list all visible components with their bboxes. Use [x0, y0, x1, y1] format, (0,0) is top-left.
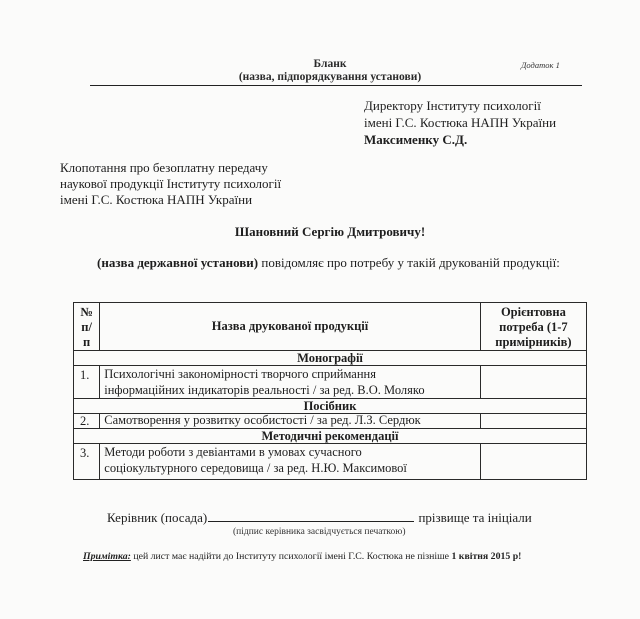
appendix-label: Додаток 1: [521, 60, 560, 70]
row-title-line-1: Психологічні закономірності творчого спр…: [104, 366, 476, 382]
row-title-line-2: соціокультурного середовища / за ред. Н.…: [104, 460, 476, 476]
row-number: 2.: [74, 414, 100, 429]
row-title: Методи роботи з девіантами в умовах суча…: [100, 444, 481, 480]
subject-line-1: Клопотання про безоплатну передачу: [60, 160, 281, 176]
row-title-line-1: Самотворення у розвитку особистості / за…: [104, 414, 476, 427]
table-row: 3. Методи роботи з девіантами в умовах с…: [74, 444, 587, 480]
note-label: Примітка:: [83, 551, 131, 562]
subject-block: Клопотання про безоплатну передачу науко…: [60, 160, 281, 208]
signature-line[interactable]: [208, 509, 414, 522]
section-row-manual: Посібник: [74, 399, 587, 414]
row-quantity-cell[interactable]: [480, 444, 586, 480]
section-title: Методичні рекомендації: [74, 429, 587, 444]
signature-prefix: Керівник (посада): [107, 510, 207, 525]
row-number: 3.: [74, 444, 100, 480]
row-title: Самотворення у розвитку особистості / за…: [100, 414, 481, 429]
addressee-block: Директору Інституту психології імені Г.С…: [364, 97, 556, 148]
signature-block: Керівник (посада) прізвище та ініціали: [107, 509, 532, 526]
row-title-line-2: інформаційних індикаторів реальності / з…: [104, 382, 476, 398]
header-number: № п/п: [74, 303, 100, 351]
section-title: Монографії: [74, 351, 587, 366]
table-header-row: № п/п Назва друкованої продукції Орієнто…: [74, 303, 587, 351]
greeting: Шановний Сергію Дмитровичу!: [0, 224, 640, 240]
note-deadline: 1 квітня 2015 р!: [451, 551, 521, 562]
body-text: повідомляє про потребу у такій друковані…: [258, 255, 560, 270]
letterhead-subtitle: (назва, підпорядкування установи): [0, 71, 640, 83]
note-text: цей лист має надійти до Інституту психол…: [131, 551, 452, 562]
section-row-guidelines: Методичні рекомендації: [74, 429, 587, 444]
header-name: Назва друкованої продукції: [100, 303, 481, 351]
row-title: Психологічні закономірності творчого спр…: [100, 366, 481, 399]
row-quantity-cell[interactable]: [480, 366, 586, 399]
row-number: 1.: [74, 366, 100, 399]
note: Примітка: цей лист має надійти до Інстит…: [83, 551, 521, 562]
table-row: 1. Психологічні закономірності творчого …: [74, 366, 587, 399]
products-table: № п/п Назва друкованої продукції Орієнто…: [73, 302, 587, 480]
header-quantity: Орієнтовна потреба (1-7 примірників): [480, 303, 586, 351]
section-row-monographs: Монографії: [74, 351, 587, 366]
header-number-line-1: №: [78, 305, 95, 320]
institution-placeholder: (назва державної установи): [97, 255, 258, 270]
signature-caption: (підпис керівника засвідчується печаткою…: [233, 527, 405, 537]
subject-line-3: імені Г.С. Костюка НАПН України: [60, 192, 281, 208]
addressee-name: Максименку С.Д.: [364, 131, 556, 148]
table-row: 2. Самотворення у розвитку особистості /…: [74, 414, 587, 429]
row-title-line-1: Методи роботи з девіантами в умовах суча…: [104, 444, 476, 460]
body-paragraph: (назва державної установи) повідомляє пр…: [61, 253, 577, 272]
header-divider: [90, 85, 582, 86]
addressee-line-1: Директору Інституту психології: [364, 97, 556, 114]
subject-line-2: наукової продукції Інституту психології: [60, 176, 281, 192]
row-quantity-cell[interactable]: [480, 414, 586, 429]
header-number-line-2: п/п: [78, 320, 95, 350]
section-title: Посібник: [74, 399, 587, 414]
addressee-line-2: імені Г.С. Костюка НАПН України: [364, 114, 556, 131]
signature-suffix: прізвище та ініціали: [418, 510, 531, 525]
